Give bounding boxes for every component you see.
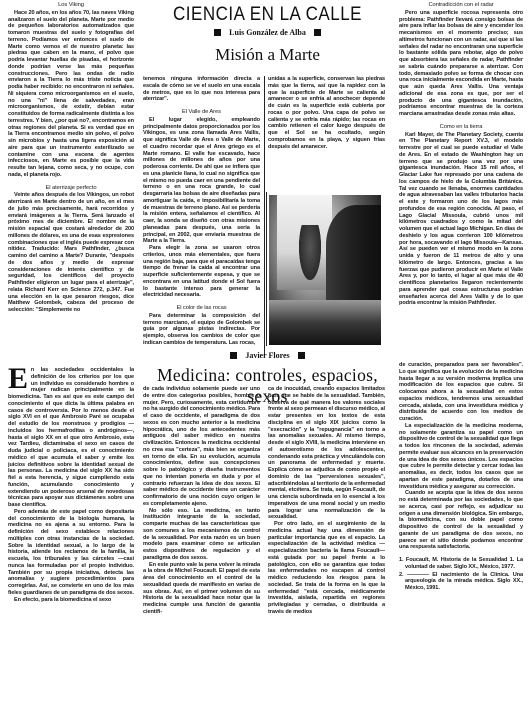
paragraph: Cuando se acepta que la idea de dos sexo… (399, 490, 523, 551)
article1-headline: Misión a Marte (140, 45, 395, 65)
byline-square-left-icon (230, 352, 237, 359)
article1-byline: Luis González de Alba (140, 28, 395, 37)
byline-square-left-icon (214, 29, 221, 36)
paragraph: En este punto vale la pena volver la mir… (143, 562, 260, 616)
paragraph: unidas a la superficie, conservan las pi… (268, 76, 385, 150)
paragraph: de cada individuo solamente puede ser un… (143, 386, 260, 508)
article1-column-left: Los Viking Hace 20 años, en los años 70,… (8, 2, 134, 358)
drop-cap: E (8, 368, 28, 390)
subhead: El Valle de Ares (143, 109, 260, 116)
subhead: Los Viking (8, 2, 134, 9)
article-photo (269, 195, 381, 345)
article2-column-right: de curación, preparados para ser favorab… (399, 362, 523, 642)
article1-column-right: Contradicción con el radar Pero una supe… (399, 2, 523, 348)
paragraph: de curación, preparados para ser favorab… (399, 362, 523, 423)
article2-column-mid1: de cada individuo solamente puede ser un… (143, 386, 260, 638)
article2-byline: Javier Flores (140, 351, 395, 360)
paragraph: Pero una superficie rocosa representa ot… (399, 10, 523, 118)
paragraph: No sólo eso. La medicina, en tanto insti… (143, 508, 260, 562)
paragraph: Para elegir la zona se usaron otros crit… (143, 245, 260, 299)
article1-column-mid1: tenemos ninguna información directa a es… (143, 76, 260, 356)
paragraph: La especialización de la medicina modern… (399, 423, 523, 491)
column-divider (264, 76, 265, 356)
footnote: 2. ———— El nacimiento de la Clínica. Una… (399, 572, 523, 592)
subhead: El color de las rocas (143, 305, 260, 312)
byline-square-right-icon (314, 29, 321, 36)
subhead: El aterrizaje perfecto (8, 185, 134, 192)
article2-column-mid2: ca de inocuidad, creando espacios limita… (268, 386, 385, 638)
article2-author: Javier Flores (245, 351, 289, 360)
subhead: Como en la tierra (399, 124, 523, 131)
paragraph: tenemos ninguna información directa a es… (143, 76, 260, 103)
paragraph: Por otro lado, en el surgimiento de la m… (268, 521, 385, 616)
article1-column-mid2: unidas a la superficie, conservan las pi… (268, 76, 385, 184)
photo-child (299, 225, 321, 280)
paragraph: Veinte años después de los Vikingos, un … (8, 192, 134, 314)
byline-square-right-icon (298, 352, 305, 359)
photo-floor (269, 300, 381, 345)
section-title: CIENCIA EN LA CALLE (140, 3, 395, 26)
footnote: 1. Foucault, M. Historia de la Sexualida… (399, 557, 523, 571)
footnotes: 1. Foucault, M. Historia de la Sexualida… (399, 557, 523, 592)
photo-frame-line (266, 192, 267, 346)
paragraph: En efecto, para la biomedicina el sexo (8, 597, 134, 604)
paragraph: Karl Mayer, de The Planetary Society, cu… (399, 132, 523, 308)
article2-column-left: E n las sociedades occidentales la defin… (8, 367, 134, 647)
paragraph: Pero además de este papel como depositar… (8, 509, 134, 597)
paragraph: El lugar elegido, empleando principalmen… (143, 117, 260, 245)
article1-author: Luis González de Alba (229, 28, 306, 37)
paragraph: ca de inocuidad, creando espacios limita… (268, 386, 385, 521)
paragraph: Hace 20 años, en los años 70, las naves … (8, 10, 134, 179)
paragraph: Para determinar la composición del terre… (143, 313, 260, 347)
subhead: Contradicción con el radar (399, 2, 523, 9)
